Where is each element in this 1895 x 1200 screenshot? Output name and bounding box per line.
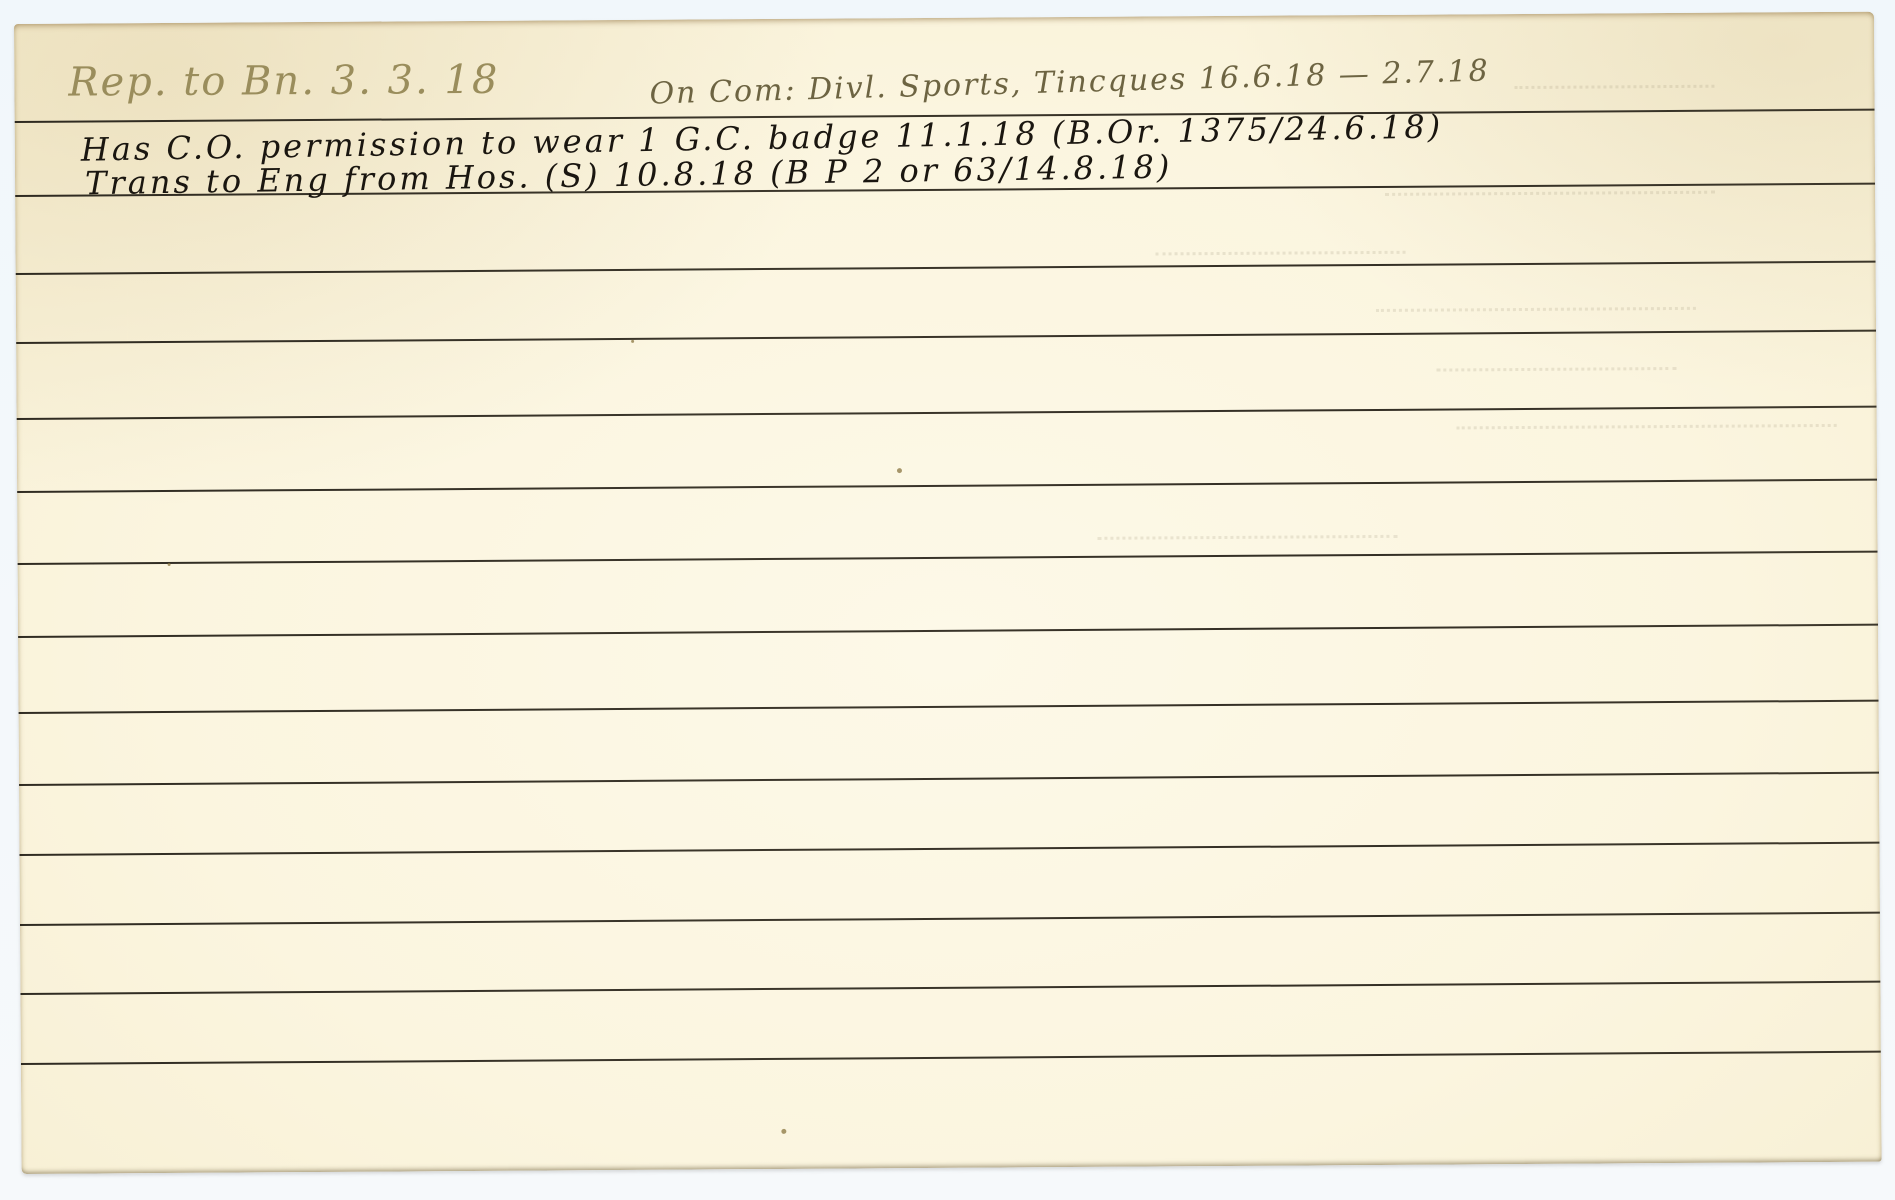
ruled-line (16, 330, 1876, 344)
ruled-line (16, 261, 1876, 275)
bleed-through-mark (1156, 251, 1406, 256)
ruled-line (20, 981, 1880, 995)
ruled-line (18, 624, 1878, 638)
paper-speck (168, 563, 171, 566)
ruled-line (19, 700, 1879, 714)
ruled-line (20, 842, 1880, 856)
entry-on-command-sports: On Com: Divl. Sports, Tincques 16.6.18 —… (649, 53, 1490, 111)
bleed-through-mark (1514, 85, 1714, 89)
record-card: Rep. to Bn. 3. 3. 18 On Com: Divl. Sport… (14, 12, 1882, 1174)
paper-speck (781, 1129, 786, 1134)
ruled-line (19, 772, 1879, 786)
ruled-line (18, 551, 1878, 565)
ruled-line (17, 406, 1877, 420)
bleed-through-mark (1457, 424, 1837, 430)
entry-rep-to-bn: Rep. to Bn. 3. 3. 18 (68, 57, 499, 106)
bleed-through-mark (1385, 191, 1715, 196)
bleed-through-mark (1436, 367, 1676, 372)
ruled-line (20, 912, 1880, 926)
paper-speck (631, 340, 634, 343)
paper-speck (897, 468, 902, 473)
bleed-through-mark (1097, 535, 1397, 540)
bleed-through-mark (1376, 307, 1696, 312)
ruled-line (21, 1051, 1881, 1065)
ruled-line (17, 479, 1877, 493)
